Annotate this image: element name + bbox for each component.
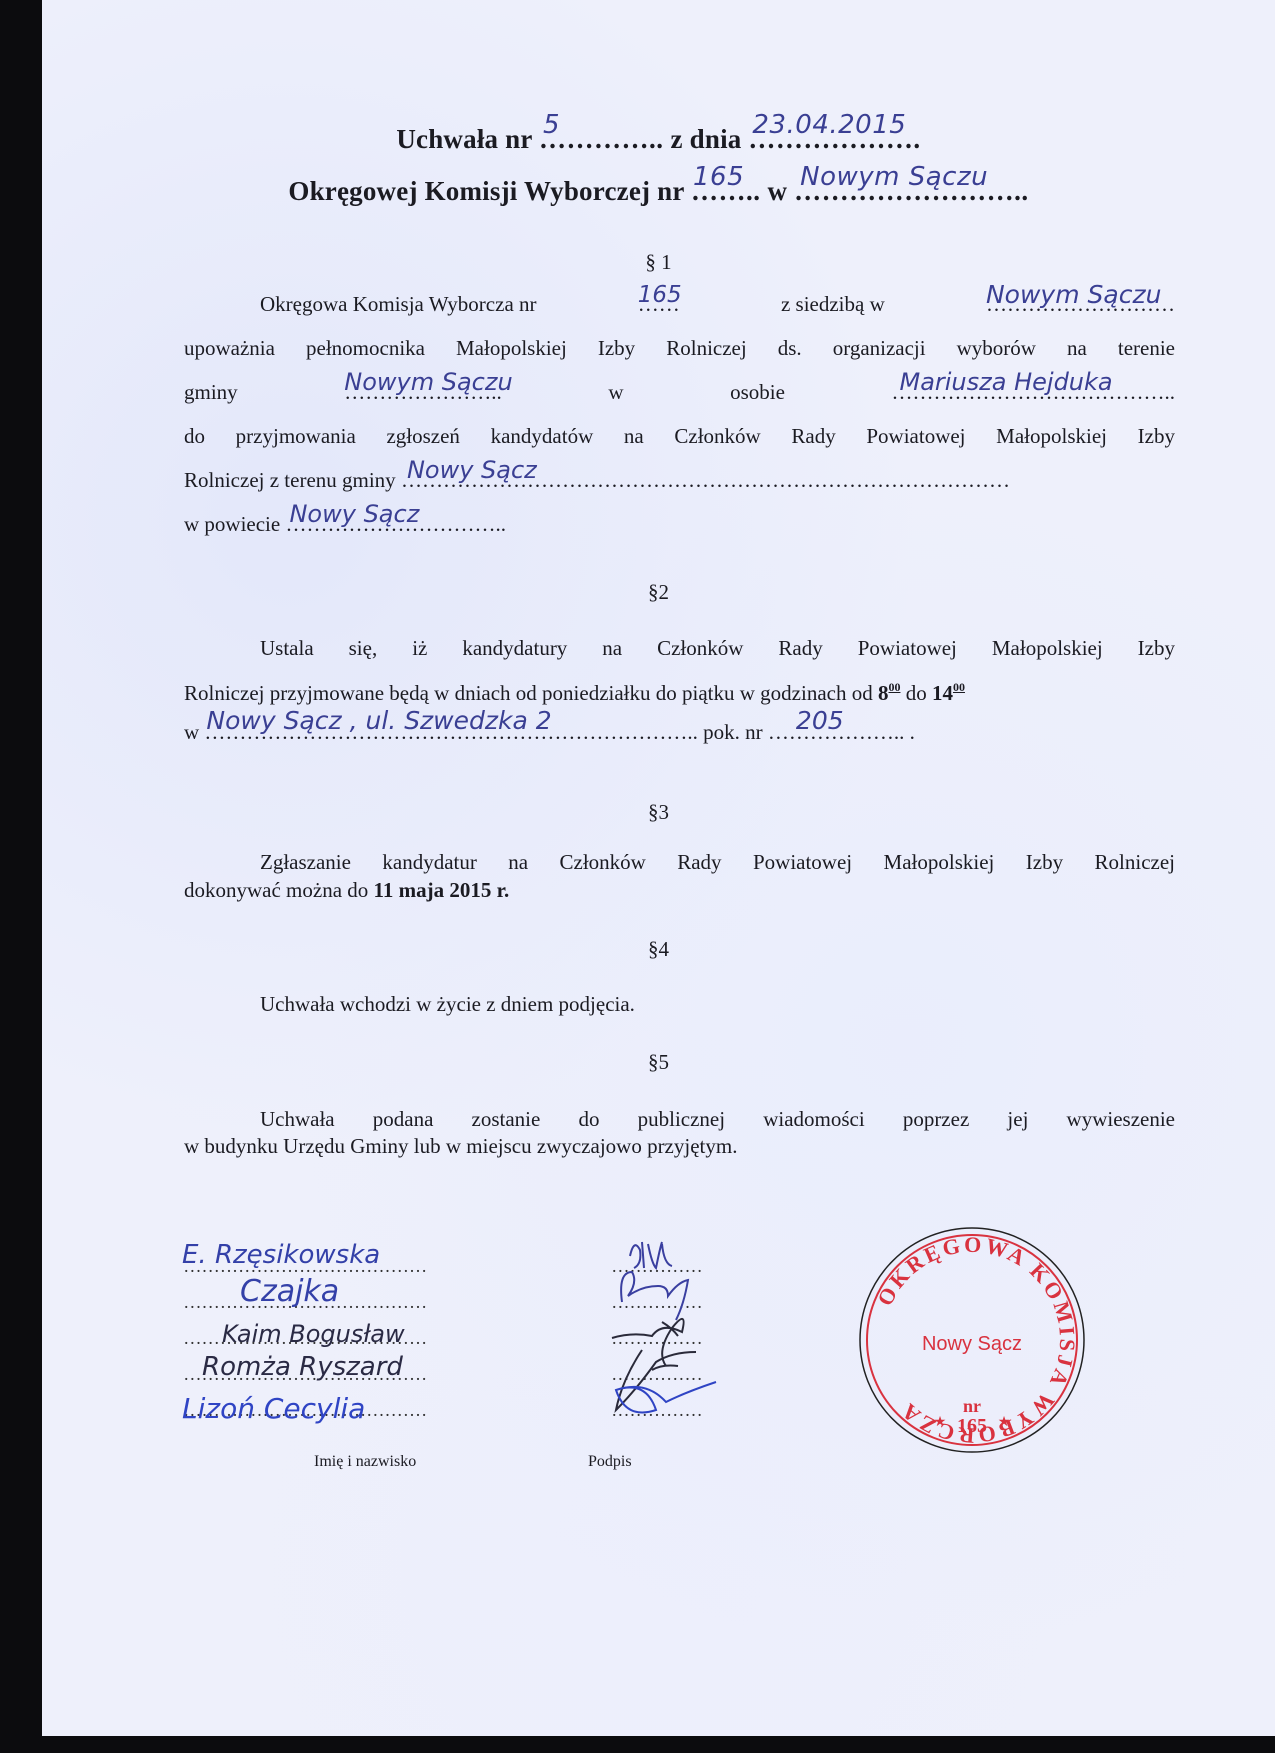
member-name-1: E. Rzęsikowska (182, 1240, 380, 1270)
section-2-line-1: Ustala się, iż kandydatury na Członków R… (260, 636, 1175, 661)
section-3-line-1: Zgłaszanie kandydatur na Członków Rady P… (260, 850, 1175, 875)
member-name-4: Romża Ryszard (202, 1352, 403, 1382)
section-1-line-2: upoważnia pełnomocnika Małopolskiej Izby… (184, 336, 1175, 361)
text: dokonywać można do (184, 878, 374, 902)
title-prefix: Uchwała nr (396, 124, 539, 154)
section-1-line-6: w powiecie …………………………..Nowy Sącz (184, 512, 506, 537)
member-name-5: Lizoń Cecylia (182, 1392, 365, 1425)
gmina-field-2: ……………………………………………………………………………Nowy Sącz (401, 468, 1010, 492)
text: w powiecie (184, 512, 280, 536)
seat-field: ………………………Nowym Sączu (986, 292, 1175, 317)
section-1-line-1: Okręgowa Komisja Wyborcza nr ……165 z sie… (260, 292, 1175, 317)
deadline: 11 maja 2015 r. (374, 878, 510, 902)
powiat-value: Nowy Sącz (289, 500, 419, 528)
section-5-heading: §5 (42, 1050, 1275, 1075)
member-name-3: Kaim Bogusław (222, 1320, 405, 1348)
text: Okręgowa Komisja Wyborcza nr (260, 292, 537, 317)
gmina-value: Nowym Sączu (344, 368, 512, 396)
section-4-heading: §4 (42, 937, 1275, 962)
svg-text:★: ★ (998, 1415, 1011, 1430)
section-3-heading: §3 (42, 800, 1275, 825)
commission-number: 165 (693, 162, 744, 192)
date-field: ……………….23.04.2015 (748, 124, 920, 154)
room-field: ……………….. .205 (768, 720, 915, 744)
section-1-line-4: do przyjmowania zgłoszeń kandydatów na C… (184, 424, 1175, 449)
text: w (608, 380, 623, 405)
svg-text:Nowy Sącz: Nowy Sącz (922, 1333, 1022, 1355)
commission-number: 165 (638, 282, 682, 308)
gmina-value-2: Nowy Sącz (407, 456, 537, 484)
svg-text:★: ★ (934, 1415, 947, 1430)
resolution-title-line: Uchwała nr …………..5 z dnia ……………….23.04.2… (42, 124, 1275, 155)
hour-to: 14 (932, 681, 953, 705)
text: Rolniczej przyjmowane będą w dniach od p… (184, 681, 878, 705)
section-2-heading: §2 (42, 580, 1275, 605)
address-field: ……………………………………………………………..Nowy Sącz , ul.… (204, 720, 698, 744)
section-2-line-3: w ……………………………………………………………..Nowy Sącz , u… (184, 720, 915, 745)
commission-place-field: ……………………..Nowym Sączu (794, 176, 1029, 206)
member-name-2: Czajka (240, 1274, 339, 1309)
svg-text:nr: nr (963, 1396, 981, 1416)
room-value: 205 (796, 706, 844, 735)
text: z siedzibą w (781, 292, 885, 317)
resolution-number: 5 (543, 110, 560, 140)
commission-prefix: Okręgowej Komisji Wyborczej nr (288, 176, 691, 206)
commission-title-line: Okręgowej Komisji Wyborczej nr ……..165 w… (42, 176, 1275, 207)
title-date-label: z dnia (664, 124, 749, 154)
text: w (184, 720, 199, 744)
text: gminy (184, 380, 238, 405)
signature-scribbles (602, 1230, 782, 1430)
hour-from-minutes: 00 (888, 680, 900, 694)
gmina-field: …………………..Nowym Sączu (344, 380, 502, 405)
section-5-line-1: Uchwała podana zostanie do publicznej wi… (260, 1107, 1175, 1132)
hour-from: 8 (878, 681, 889, 705)
section-1-line-3: gminy …………………..Nowym Sączu w osobie …………… (184, 380, 1175, 405)
official-stamp: OKRĘGOWA KOMISJA WYBORCZA Nowy Sącz nr 1… (852, 1220, 1092, 1460)
document-page: Uchwała nr …………..5 z dnia ……………….23.04.2… (42, 0, 1275, 1736)
commission-place-label: w (761, 176, 795, 206)
commission-number-field: ……..165 (691, 176, 761, 206)
section-1-heading: § 1 (42, 250, 1275, 275)
address-value: Nowy Sącz , ul. Szwedzka 2 (206, 706, 551, 735)
svg-text:165: 165 (957, 1415, 987, 1437)
hour-to-minutes: 00 (953, 680, 965, 694)
commission-number-field: ……165 (638, 292, 680, 317)
text: do (900, 681, 932, 705)
section-3-line-2: dokonywać można do 11 maja 2015 r. (184, 878, 509, 903)
commission-seat: Nowym Sączu (986, 280, 1161, 309)
resolution-number-field: …………..5 (539, 124, 664, 154)
name-column-label: Imię i nazwisko (314, 1453, 416, 1471)
resolution-date: 23.04.2015 (752, 110, 906, 140)
signature-column-label: Podpis (588, 1453, 632, 1471)
authorized-person: Mariusza Hejduka (899, 368, 1112, 396)
powiat-field: …………………………..Nowy Sącz (285, 512, 506, 536)
section-1-line-5: Rolniczej z terenu gminy ………………………………………… (184, 468, 1010, 493)
text: osobie (730, 380, 785, 405)
text: pok. nr (703, 720, 763, 744)
person-field: …………………………………..Mariusza Hejduka (891, 380, 1175, 405)
commission-place: Nowym Sączu (800, 162, 988, 192)
section-4-line-1: Uchwała wchodzi w życie z dniem podjęcia… (260, 992, 635, 1017)
section-5-line-2: w budynku Urzędu Gminy lub w miejscu zwy… (184, 1134, 737, 1159)
section-2-line-2: Rolniczej przyjmowane będą w dniach od p… (184, 680, 1175, 706)
stamp-seal-icon: OKRĘGOWA KOMISJA WYBORCZA Nowy Sącz nr 1… (852, 1220, 1092, 1460)
text: Rolniczej z terenu gminy (184, 468, 396, 492)
